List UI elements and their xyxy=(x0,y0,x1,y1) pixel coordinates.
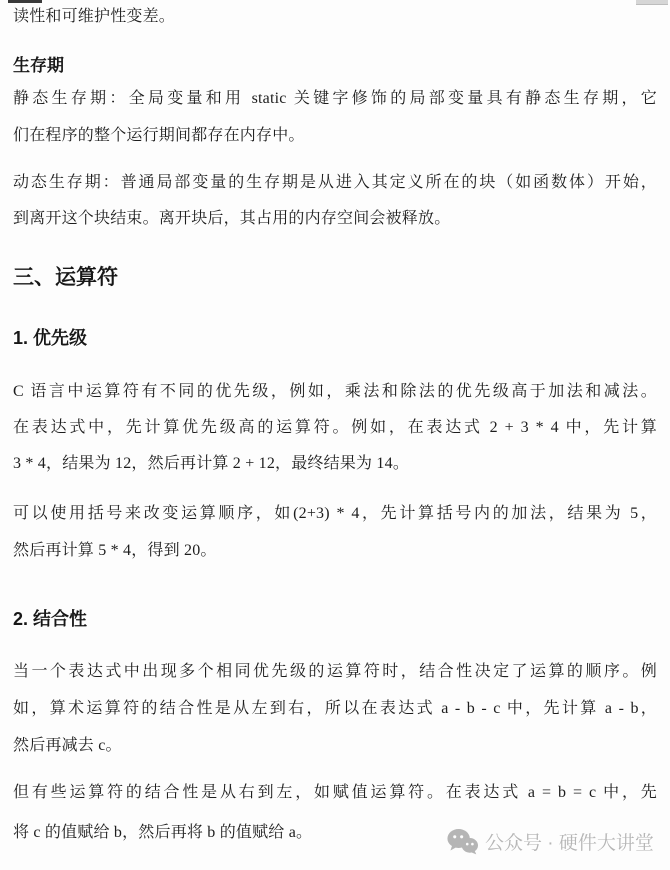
text-line: 静态生存期：全局变量和用 static 关键字修饰的局部变量具有静态生存期，它 xyxy=(13,80,657,117)
subsection-heading-precedence: 1. 优先级 xyxy=(13,326,657,350)
heading-text: 1. 优先级 xyxy=(13,326,657,350)
text-line: 读性和可维护性变差。 xyxy=(13,6,657,28)
text-line: 可以使用括号来改变运算顺序，如(2+3) * 4，先计算括号内的加法，结果为 5… xyxy=(13,495,657,532)
cropped-text-remnant-left xyxy=(8,0,42,3)
document-page: 读性和可维护性变差。 生存期 静态生存期：全局变量和用 static 关键字修饰… xyxy=(0,0,670,870)
watermark-text: 公众号 · 硬件大讲堂 xyxy=(485,828,654,855)
text-line: 们在程序的整个运行期间都存在内存中。 xyxy=(13,117,657,154)
text-line: 然后再减去 c。 xyxy=(13,727,657,764)
paragraph: 读性和可维护性变差。 xyxy=(13,6,657,28)
heading-text: 三、运算符 xyxy=(13,265,657,291)
watermark: 公众号 · 硬件大讲堂 xyxy=(447,828,654,855)
paragraph-dynamic-lifetime: 动态生存期：普通局部变量的生存期是从进入其定义所在的块（如函数体）开始， 到离开… xyxy=(13,165,657,237)
text-line: 当一个表达式中出现多个相同优先级的运算符时，结合性决定了运算的顺序。例 xyxy=(13,653,657,690)
text-line: C 语言中运算符有不同的优先级，例如，乘法和除法的优先级高于加法和减法。 xyxy=(13,374,657,410)
wechat-icon xyxy=(447,828,478,855)
text-line: 但有些运算符的结合性是从右到左，如赋值运算符。在表达式 a = b = c 中，… xyxy=(13,773,657,813)
text-line: 然后再计算 5 * 4，得到 20。 xyxy=(13,532,657,569)
paragraph-parentheses: 可以使用括号来改变运算顺序，如(2+3) * 4，先计算括号内的加法，结果为 5… xyxy=(13,495,657,569)
subsection-heading-associativity: 2. 结合性 xyxy=(13,607,657,631)
heading-text: 2. 结合性 xyxy=(13,607,657,631)
text-line: 动态生存期：普通局部变量的生存期是从进入其定义所在的块（如函数体）开始， xyxy=(13,165,657,201)
text-line: 3 * 4，结果为 12，然后再计算 2 + 12，最终结果为 14。 xyxy=(13,446,657,482)
section-heading-operators: 三、运算符 xyxy=(13,265,657,291)
cropped-text-remnant-right xyxy=(636,0,668,5)
text-line: 如，算术运算符的结合性是从左到右，所以在表达式 a - b - c 中，先计算 … xyxy=(13,690,657,727)
heading-text: 生存期 xyxy=(13,54,657,77)
paragraph-precedence: C 语言中运算符有不同的优先级，例如，乘法和除法的优先级高于加法和减法。 在表达… xyxy=(13,374,657,482)
text-line: 到离开这个块结束。离开块后，其占用的内存空间会被释放。 xyxy=(13,201,657,237)
subsection-heading-lifetime: 生存期 xyxy=(13,54,657,77)
paragraph-associativity: 当一个表达式中出现多个相同优先级的运算符时，结合性决定了运算的顺序。例 如，算术… xyxy=(13,653,657,764)
paragraph-static-lifetime: 静态生存期：全局变量和用 static 关键字修饰的局部变量具有静态生存期，它 … xyxy=(13,80,657,154)
text-line: 在表达式中，先计算优先级高的运算符。例如，在表达式 2 + 3 * 4 中，先计… xyxy=(13,410,657,446)
